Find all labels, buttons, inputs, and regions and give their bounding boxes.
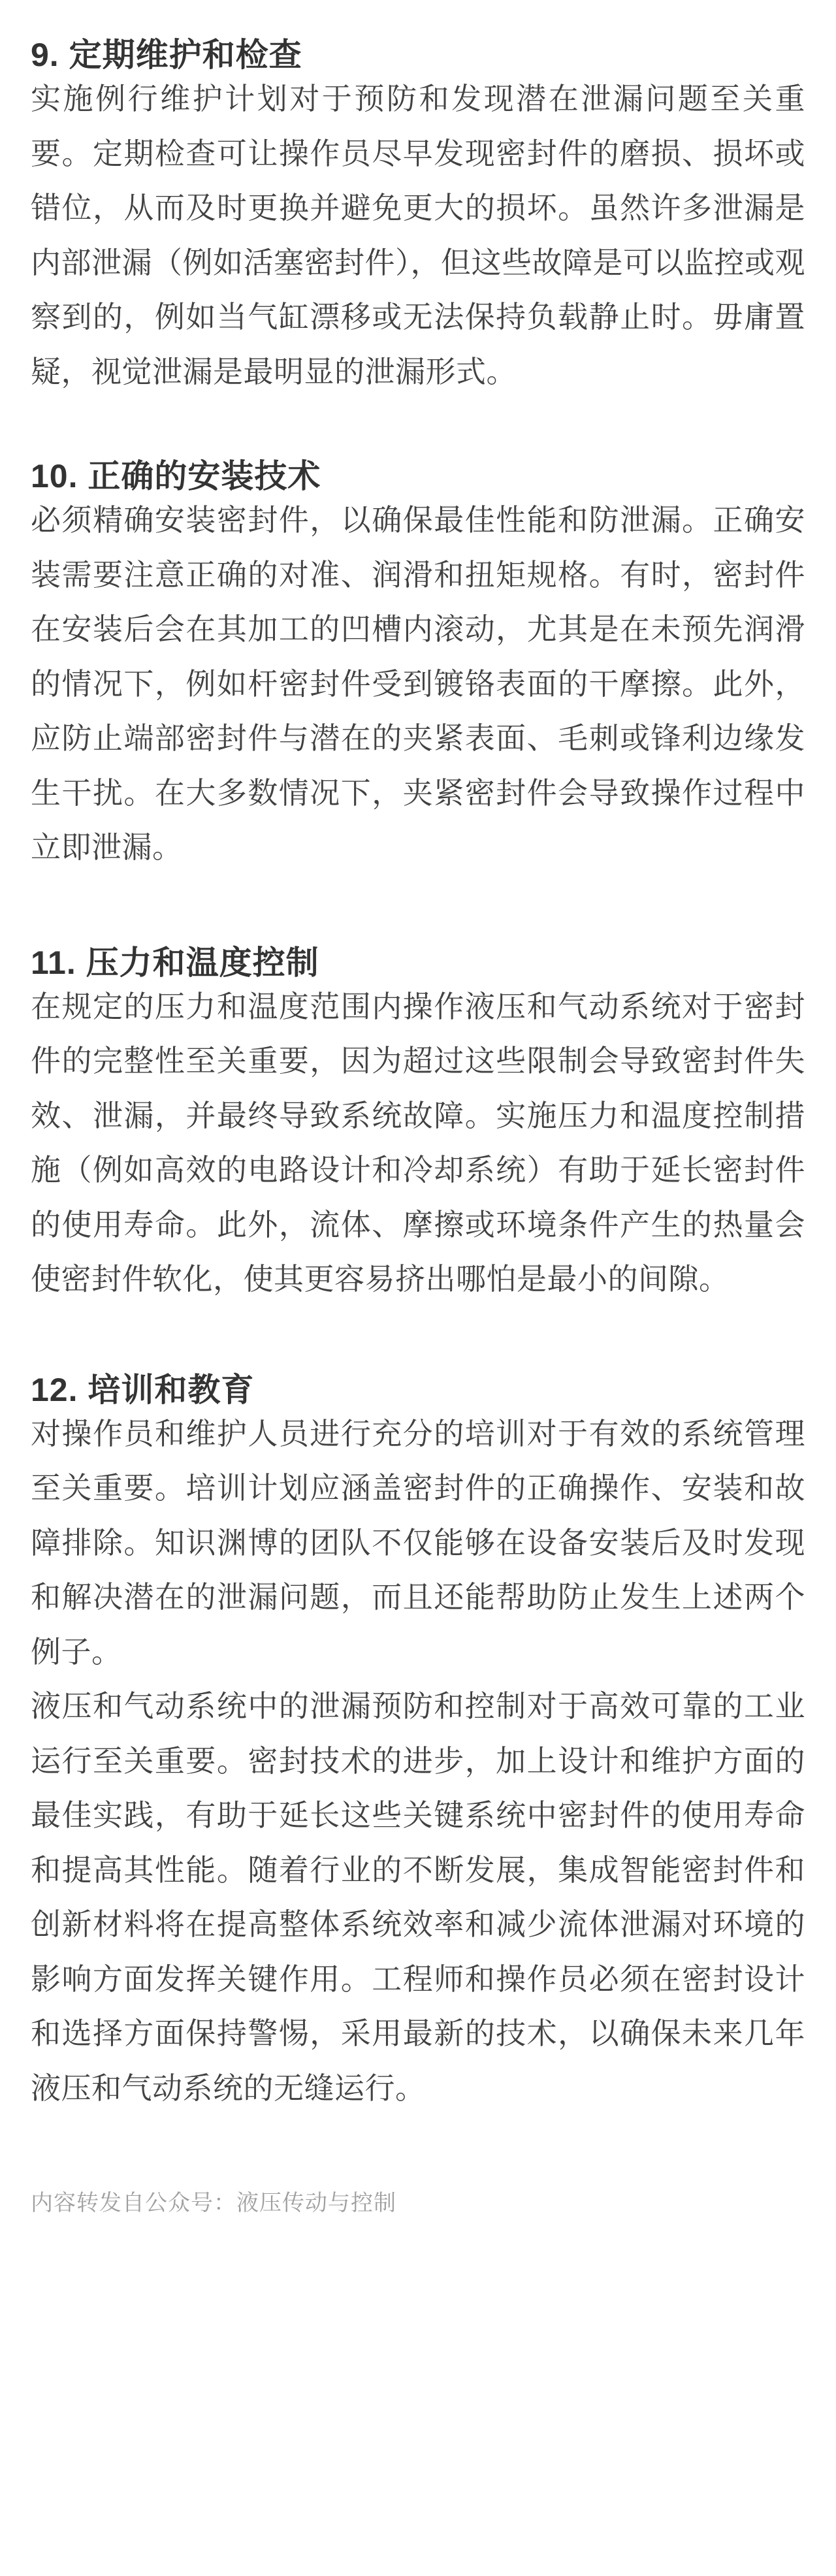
section-9-heading: 9. 定期维护和检查 [31,38,805,72]
section-10-heading: 10. 正确的安装技术 [31,459,805,493]
section-10-paragraph: 必须精确安装密封件，以确保最佳性能和防泄漏。正确安装需要注意正确的对准、润滑和扭… [31,493,805,875]
section-9-paragraph: 实施例行维护计划对于预防和发现潜在泄漏问题至关重要。定期检查可让操作员尽早发现密… [31,72,805,399]
conclusion-paragraph: 液压和气动系统中的泄漏预防和控制对于高效可靠的工业运行至关重要。密封技术的进步，… [31,1679,805,2116]
section-12-paragraph: 对操作员和维护人员进行充分的培训对于有效的系统管理至关重要。培训计划应涵盖密封件… [31,1407,805,1680]
section-11-heading: 11. 压力和温度控制 [31,946,805,980]
source-attribution: 内容转发自公众号：液压传动与控制 [31,2187,805,2219]
section-12-heading: 12. 培训和教育 [31,1373,805,1407]
article-body: 9. 定期维护和检查 实施例行维护计划对于预防和发现潜在泄漏问题至关重要。定期检… [0,0,836,2219]
section-11-paragraph: 在规定的压力和温度范围内操作液压和气动系统对于密封件的完整性至关重要，因为超过这… [31,980,805,1307]
